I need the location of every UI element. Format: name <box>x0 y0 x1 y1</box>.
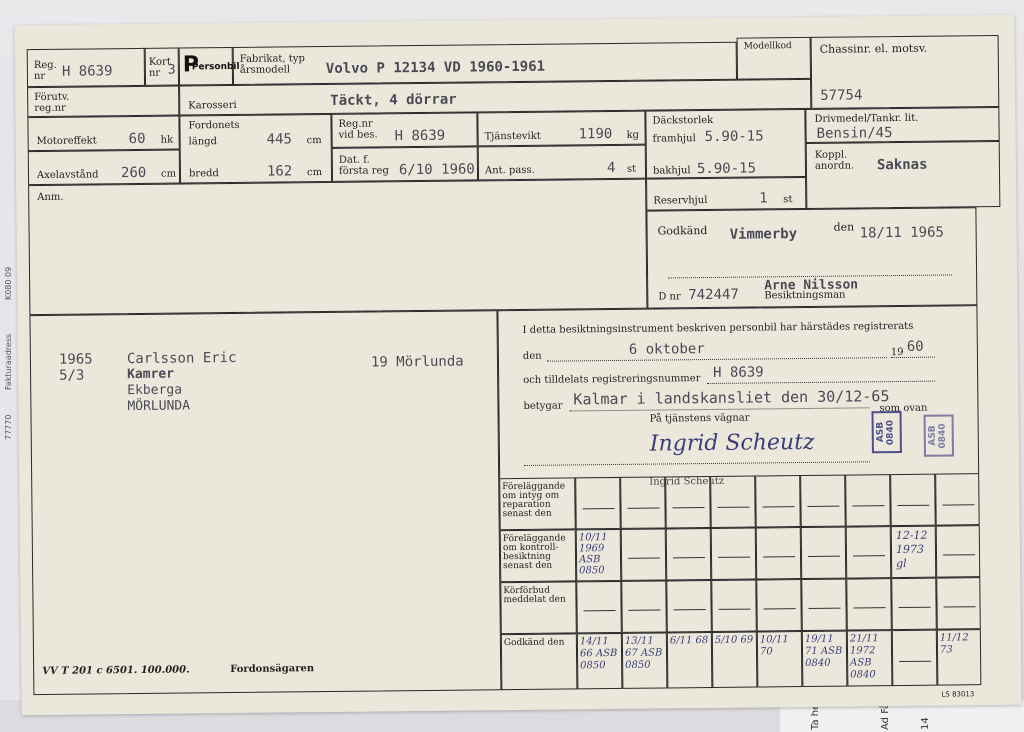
registration-year-suffix: 60 <box>907 339 924 355</box>
koppl-cell: Koppl. anordn. Saknas <box>806 141 1001 209</box>
table-cell <box>936 577 981 629</box>
table-cell <box>621 580 667 632</box>
table-cell <box>755 475 801 527</box>
registration-intro: I detta besiktningsinstrument beskriven … <box>523 321 914 336</box>
table-cell <box>575 477 621 529</box>
godkand-den-label: den <box>834 221 855 232</box>
motoreffekt-value: 60 <box>129 131 146 147</box>
tjanstevikt-cell: Tjänstevikt 1190 kg <box>477 111 645 147</box>
owner-year: 1965 <box>59 351 93 367</box>
chassinr-label: Chassinr. el. motsv. <box>820 43 928 55</box>
ant-pass-unit: st <box>627 164 636 175</box>
godkand-label: Godkänd <box>658 225 708 237</box>
drivmedel-value: Bensin/45 <box>817 125 893 142</box>
table-cell <box>891 578 937 630</box>
owner-section: 1965 5/3 Carlsson Eric Kamrer Ekberga MÖ… <box>29 310 501 695</box>
fabrikat-label: Fabrikat, typ årsmodell <box>240 53 320 76</box>
modellkod-label: Modellkod <box>744 42 792 52</box>
signer-printed-name: Ingrid Scheutz <box>649 476 724 488</box>
registration-regnr: H 8639 <box>713 364 764 381</box>
reg-nr-label: Reg. nr <box>34 60 54 82</box>
table-cell <box>711 528 757 580</box>
axelavstand-cell: Axelavstånd 260 cm <box>28 150 180 186</box>
registration-date: 6 oktober <box>629 341 705 358</box>
tjanstevikt-label: Tjänstevikt <box>485 131 541 143</box>
table-cell <box>756 527 802 579</box>
owner-footer-label: Fordonsägaren <box>230 663 314 675</box>
reservhjul-label: Reservhjul <box>653 195 707 207</box>
table-cell <box>711 580 757 632</box>
motoreffekt-label: Motoreffekt <box>37 135 97 147</box>
background-label: Fakturaadress <box>4 334 13 390</box>
ant-pass-cell: Ant. pass. 4 st <box>478 145 646 181</box>
table-cell <box>801 527 847 579</box>
table-cell <box>936 525 981 577</box>
signature-line <box>524 461 870 466</box>
bredd-unit: cm <box>307 167 322 178</box>
dat-forsta-reg-value: 6/10 1960 <box>399 161 475 178</box>
drivmedel-label: Drivmedel/Tankr. lit. <box>814 113 918 125</box>
owner-address: Ekberga <box>127 383 182 399</box>
dat-forsta-reg-cell: Dat. f. första reg 6/10 1960 <box>332 146 478 182</box>
owner-title: Kamrer <box>127 367 174 382</box>
table-cell: 5/10 69 <box>712 632 758 688</box>
owner-city: MÖRLUNDA <box>127 398 190 414</box>
table-cell <box>890 474 936 526</box>
forutv-regnr-label: Förutv. reg.nr <box>34 91 94 114</box>
axelavstand-unit: cm <box>161 169 176 180</box>
bakhjul-value: 5.90-15 <box>697 160 756 177</box>
langd-label: längd <box>189 136 218 147</box>
regnr-vid-bes-label: Reg.nr vid bes. <box>338 118 388 141</box>
bakhjul-label: bakhjul <box>653 165 691 176</box>
table-cell: 14/11 66 ASB 0850 <box>577 633 623 689</box>
table-cell: 21/11 1972 ASB 0840 <box>847 630 893 686</box>
axelavstand-label: Axelavstånd <box>37 169 99 181</box>
background-label: 14 <box>920 717 931 730</box>
drivmedel-cell: Drivmedel/Tankr. lit. Bensin/45 <box>805 107 999 143</box>
godkand-ort: Vimmerby <box>730 226 798 243</box>
besiktningsman-label: Besiktningsman <box>764 290 845 302</box>
godkand-cell: Godkänd Vimmerby den 18/11 1965 Arne Nil… <box>646 207 977 308</box>
background-label: 77770 <box>4 415 13 440</box>
table-cell: 19/11 71 ASB 0840 <box>802 631 848 687</box>
forutv-regnr-cell: Förutv. reg.nr <box>27 86 179 118</box>
fordonets-matt-cell: Fordonets längd 445 cm bredd 162 cm <box>179 114 332 184</box>
regnr-vid-bes-value: H 8639 <box>395 128 446 145</box>
modellkod-cell: Modellkod <box>737 37 811 80</box>
table-cell <box>666 580 712 632</box>
table-cell <box>801 579 847 631</box>
table-cell <box>666 528 712 580</box>
table-cell <box>621 528 667 580</box>
chassinr-cell: Chassinr. el. motsv. 57754 <box>811 35 1000 109</box>
reservhjul-unit: st <box>783 194 792 205</box>
registration-certificate: I detta besiktningsinstrument beskriven … <box>497 305 979 478</box>
table-row-label: Körförbud meddelat den <box>500 581 577 634</box>
kort-nr-cell: Kort nr 3 <box>145 48 179 86</box>
tjanstevikt-unit: kg <box>627 130 640 141</box>
reg-nr-value: H 8639 <box>62 63 113 80</box>
ant-pass-value: 4 <box>607 160 616 176</box>
asb-stamp: ASB 0840 <box>872 411 902 453</box>
axelavstand-value: 260 <box>121 165 146 181</box>
bredd-value: 162 <box>267 163 292 179</box>
table-cell: 13/11 67 ASB 0850 <box>622 632 668 688</box>
registration-den-label: den <box>523 351 542 362</box>
kort-nr-value: 3 <box>168 63 176 78</box>
motoreffekt-cell: Motoreffekt 60 hk <box>27 116 179 152</box>
owner-date: 5/3 <box>59 368 84 384</box>
registrar-signature: Ingrid Scheutz <box>650 430 815 457</box>
dnr-label: D nr <box>658 291 681 302</box>
anm-label: Anm. <box>37 192 63 203</box>
table-cell <box>935 473 980 525</box>
regnr-line <box>707 381 935 384</box>
table-cell: 12-12 1973 gl <box>891 526 937 578</box>
table-cell <box>845 474 891 526</box>
motoreffekt-unit: hk <box>161 135 174 146</box>
dackstorlek-label: Däckstorlek <box>652 115 713 127</box>
dnr-value: 742447 <box>688 287 739 304</box>
reservhjul-cell: Reservhjul 1 st <box>646 177 806 211</box>
table-cell: 6/11 68 <box>667 632 713 688</box>
fabrikat-cell: Fabrikat, typ årsmodell Volvo P 12134 VD… <box>233 42 737 85</box>
langd-unit: cm <box>307 135 322 146</box>
category-cell: P Personbil <box>179 47 233 86</box>
framhjul-value: 5.90-15 <box>705 128 764 145</box>
koppl-label: Koppl. anordn. <box>815 149 865 172</box>
table-cell <box>756 579 802 631</box>
tjanstevikt-value: 1190 <box>579 126 613 142</box>
regnr-vid-bes-cell: Reg.nr vid bes. H 8639 <box>331 112 477 148</box>
year-line <box>891 357 935 358</box>
fordonets-label: Fordonets <box>188 120 239 132</box>
karosseri-value: Täckt, 4 dörrar <box>330 92 457 109</box>
owner-postal: 19 Mörlunda <box>371 354 464 371</box>
fabrikat-value: Volvo P 12134 VD 1960-1961 <box>326 59 545 77</box>
form-code: VV T 201 c 6501. 100.000. <box>42 664 189 677</box>
print-code: LS 83013 <box>941 689 974 700</box>
table-cell: 10/11 70 <box>757 631 803 687</box>
dat-forsta-reg-label: Dat. f. första reg <box>339 154 395 177</box>
ant-pass-label: Ant. pass. <box>485 165 535 177</box>
dackstorlek-cell: Däckstorlek framhjul 5.90-15 bakhjul 5.9… <box>645 109 806 179</box>
table-cell <box>800 475 846 527</box>
date-line <box>547 357 887 362</box>
table-row-label: Godkänd den <box>501 633 578 690</box>
table-cell <box>892 630 938 686</box>
background-label: K080 09 <box>4 267 13 300</box>
table-row-label: Föreläggande om intyg om reparation sena… <box>499 477 576 530</box>
table-cell <box>576 581 622 633</box>
karosseri-label: Karosseri <box>188 100 237 112</box>
bredd-label: bredd <box>189 168 219 179</box>
reg-nr-cell: Reg. nr H 8639 <box>27 48 145 87</box>
betygar-text: Kalmar i landskansliet den 30/12-65 <box>573 387 889 408</box>
table-cell <box>846 526 892 578</box>
table-cell <box>846 578 892 630</box>
table-cell: 10/11 1969 ASB 0850 <box>576 529 622 581</box>
pa-tjanstens-vagnar: På tjänstens vägnar <box>650 413 750 425</box>
framhjul-label: framhjul <box>653 133 696 144</box>
asb-stamp: ASB 0840 <box>924 414 954 456</box>
tilldelats-label: och tilldelats registreringsnummer <box>523 373 700 386</box>
godkand-datum: 18/11 1965 <box>860 225 944 242</box>
koppl-value: Saknas <box>877 157 928 174</box>
betygar-label: betygar <box>523 401 562 412</box>
chassinr-value: 57754 <box>820 87 862 103</box>
reservhjul-value: 1 <box>759 190 768 206</box>
owner-name: Carlsson Eric <box>127 350 237 367</box>
anm-cell: Anm. <box>28 179 647 315</box>
table-row-label: Föreläggande om kontroll-besiktning sena… <box>500 529 577 582</box>
table-cell: 11/12 73 <box>937 629 982 685</box>
langd-value: 445 <box>267 131 292 147</box>
vehicle-registration-card: Reg. nr H 8639 Kort nr 3 P Personbil Fab… <box>14 15 1021 715</box>
